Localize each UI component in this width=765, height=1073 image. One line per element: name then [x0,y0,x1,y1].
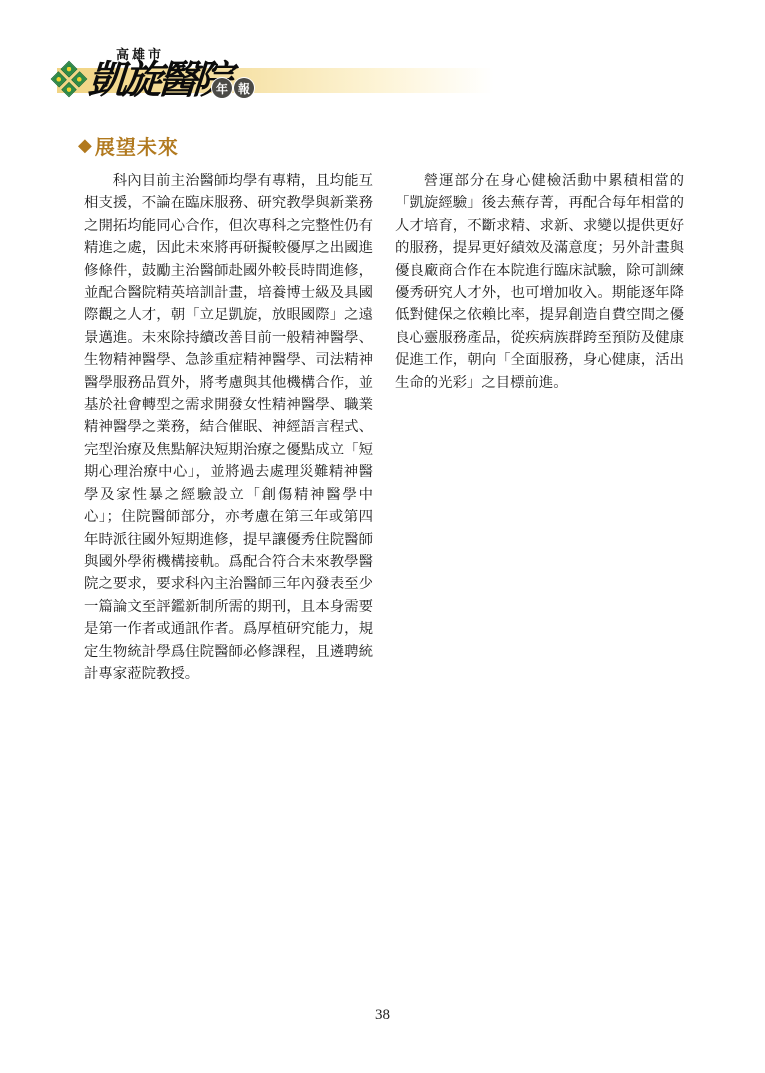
section-title: ◆ 展望未來 [78,131,179,160]
body-columns: 科內目前主治醫師均學有專精，且均能互相支援，不論在臨床服務、研究教學與新業務之開… [84,170,684,685]
hospital-name-calligraphy: 凱旋醫院 [86,54,215,106]
annual-report-badges: 年 報 [212,78,254,98]
badge-report: 報 [234,78,254,98]
report-page: 高雄市 凱旋醫院 年 報 ◆ 展望未來 科內目前主治醫師均學有專精，且均能互相支… [0,0,765,1073]
page-number: 38 [0,1007,765,1024]
section-title-text: 展望未來 [95,131,179,160]
right-column: 營運部分在身心健檢活動中累積相當的「凱旋經驗」後去蕪存菁，再配合每年相當的人才培… [395,170,684,685]
left-column-paragraph: 科內目前主治醫師均學有專精，且均能互相支援，不論在臨床服務、研究教學與新業務之開… [84,170,373,685]
left-column: 科內目前主治醫師均學有專精，且均能互相支援，不論在臨床服務、研究教學與新業務之開… [84,170,373,685]
diamond-bullet-icon: ◆ [78,135,93,156]
right-column-paragraph: 營運部分在身心健檢活動中累積相當的「凱旋經驗」後去蕪存菁，再配合每年相當的人才培… [395,170,684,394]
badge-year: 年 [212,78,232,98]
